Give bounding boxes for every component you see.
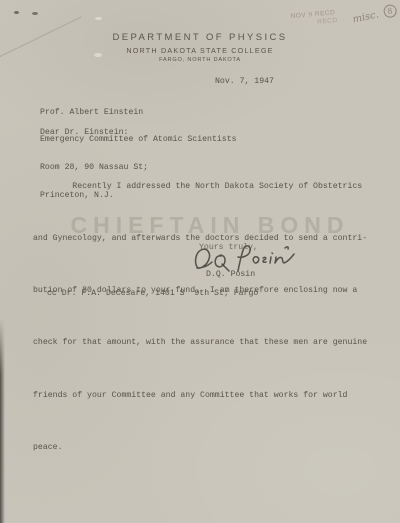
- paper-speck: [32, 12, 38, 15]
- body-line: Recently I addressed the North Dakota So…: [33, 178, 367, 195]
- pencil-annotation-text: misc.: [352, 9, 380, 25]
- body-line: friends of your Committee and any Commit…: [33, 387, 367, 404]
- paper-speck: [94, 53, 102, 57]
- body-line: check for that amount, with the assuranc…: [33, 334, 367, 351]
- body-paragraph: Recently I addressed the North Dakota So…: [33, 143, 367, 491]
- body-line: peace.: [33, 439, 367, 456]
- scan-edge-shadow: [0, 318, 5, 523]
- signature-typed-name: D.Q. Posin: [206, 270, 255, 279]
- paper-speck: [14, 11, 19, 14]
- address-line: Prof. Albert Einstein: [40, 108, 237, 117]
- pencil-circled-number: 8: [382, 3, 397, 18]
- letterhead-department: DEPARTMENT OF PHYSICS: [0, 32, 400, 43]
- received-stamp: NOV 9 RECD RECD: [290, 9, 338, 29]
- letterhead-college: NORTH DAKOTA STATE COLLEGE: [0, 46, 400, 55]
- salutation: Dear Dr. Einstein:: [40, 128, 128, 137]
- paper-speck: [95, 17, 102, 20]
- received-stamp-line2: RECD: [317, 17, 338, 27]
- scanned-letter-page: CHIEFTAIN BOND DEPARTMENT OF PHYSICS NOR…: [0, 0, 400, 523]
- letterhead-location: FARGO, NORTH DAKOTA: [0, 57, 400, 63]
- cc-line: cc Dr. F.A. DeCesare, 1401 S 9th St; Far…: [47, 289, 258, 298]
- date-line: Nov. 7, 1947: [215, 77, 274, 86]
- pencil-annotation: misc. 8: [351, 3, 398, 25]
